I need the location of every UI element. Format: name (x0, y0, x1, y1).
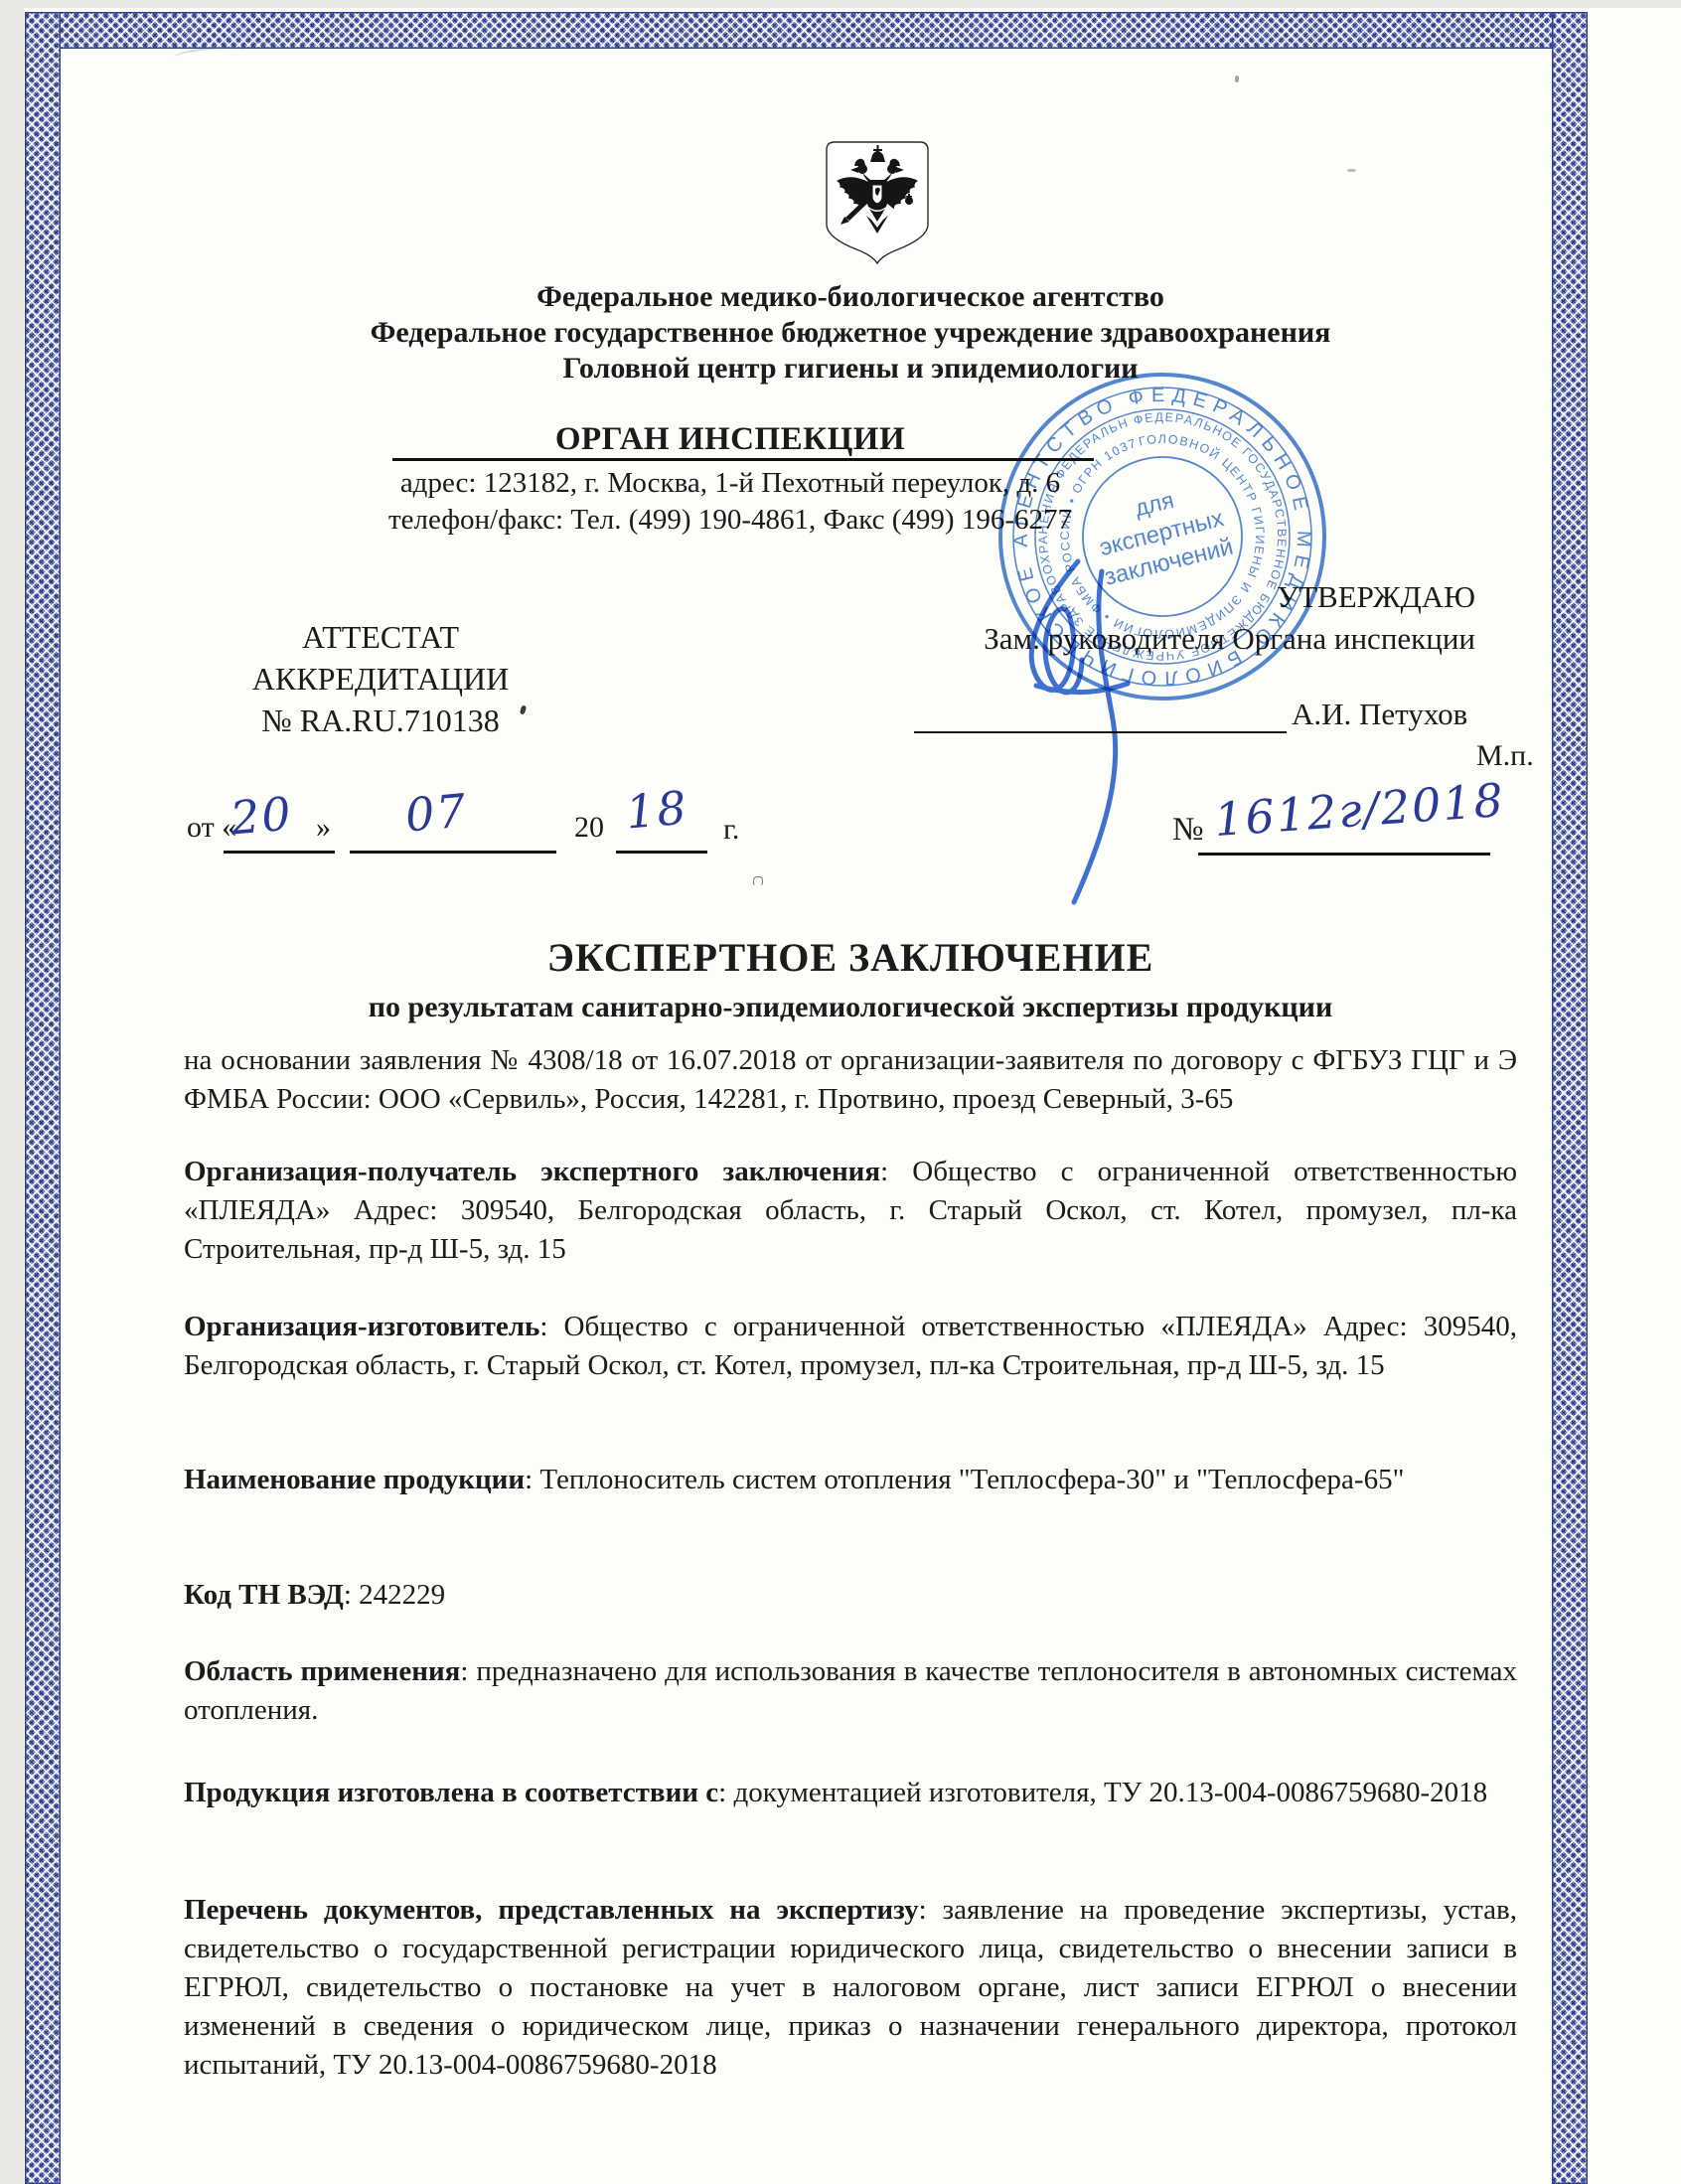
scan-speck (1347, 169, 1356, 172)
paragraph-label: Перечень документов, представленных на э… (184, 1894, 919, 1926)
agency-line-1: Федеральное медико-биологическое агентст… (184, 279, 1517, 315)
agency-line-2: Федеральное государственное бюджетное уч… (184, 315, 1517, 351)
date-century: 20 (574, 811, 604, 845)
seal-place-label: М.п. (1476, 739, 1534, 773)
paragraph-manufacturer: Организация-изготовитель: Общество с огр… (184, 1308, 1517, 1385)
paragraph-basis: на основании заявления № 4308/18 от 16.0… (184, 1041, 1517, 1119)
accreditation-number: № RA.RU.710138 (182, 700, 579, 741)
date-day-underline (224, 851, 335, 854)
guilloche-border-left (25, 12, 61, 2184)
paragraph-application-area: Область применения: предназначено для ис… (184, 1652, 1517, 1730)
scan-speck (1235, 76, 1239, 82)
scanned-document-page: { "document": { "header": { "agency_line… (0, 0, 1681, 2184)
paragraph-label: Организация-изготовитель (184, 1311, 539, 1342)
handwritten-year: 18 (624, 780, 690, 839)
number-label: № (1172, 812, 1204, 849)
document-subtitle: по результатам санитарно-эпидемиологичес… (184, 991, 1517, 1024)
paragraph-label: Продукция изготовлена в соответствии с (184, 1777, 718, 1808)
inspection-body-title: ОРГАН ИНСПЕКЦИИ (555, 421, 905, 457)
inspection-body-title-block: ОРГАН ИНСПЕКЦИИ (368, 421, 1093, 458)
date-month-underline (350, 851, 556, 854)
russia-coat-of-arms (823, 139, 932, 266)
paragraph-documents-list: Перечень документов, представленных на э… (184, 1891, 1517, 2085)
paragraph-text: : документацией изготовителя, ТУ 20.13-0… (718, 1777, 1487, 1808)
date-prefix: от « (187, 811, 236, 845)
number-underline (1198, 853, 1490, 856)
paragraph-manufactured-according: Продукция изготовлена в соответствии с: … (184, 1774, 1517, 1812)
paragraph-text: : Теплоноситель систем отопления "Теплос… (525, 1464, 1404, 1495)
paragraph-label: Код ТН ВЭД (184, 1579, 344, 1611)
paragraph-recipient: Организация-получатель экспертного заклю… (184, 1153, 1517, 1269)
date-suffix: г. (723, 813, 739, 847)
document-title: ЭКСПЕРТНОЕ ЗАКЛЮЧЕНИЕ (184, 934, 1517, 981)
date-year-underline (616, 851, 707, 854)
paragraph-label: Наименование продукции (184, 1464, 525, 1495)
guilloche-border-right (1552, 12, 1588, 2184)
handwritten-month: 07 (403, 783, 470, 842)
handwritten-day: 20 (229, 786, 295, 845)
date-quote-close: » (316, 811, 331, 845)
paragraph-text: : 242229 (344, 1579, 445, 1611)
paragraph-text: на основании заявления № 4308/18 от 16.0… (184, 1044, 1517, 1115)
handwritten-signature (979, 537, 1197, 914)
accreditation-title: АТТЕСТАТ АККРЕДИТАЦИИ (182, 616, 579, 700)
paragraph-label: Область применения (184, 1655, 460, 1687)
paragraph-customs-code: Код ТН ВЭД: 242229 (184, 1576, 1517, 1615)
stamp-center-line-1: для (1133, 487, 1176, 522)
paragraph-label: Организация-получатель экспертного заклю… (184, 1156, 880, 1187)
accreditation-block: АТТЕСТАТ АККРЕДИТАЦИИ № RA.RU.710138 (182, 616, 579, 741)
paragraph-product-name: Наименование продукции: Теплоноситель си… (184, 1461, 1517, 1499)
scan-speck (753, 876, 763, 886)
